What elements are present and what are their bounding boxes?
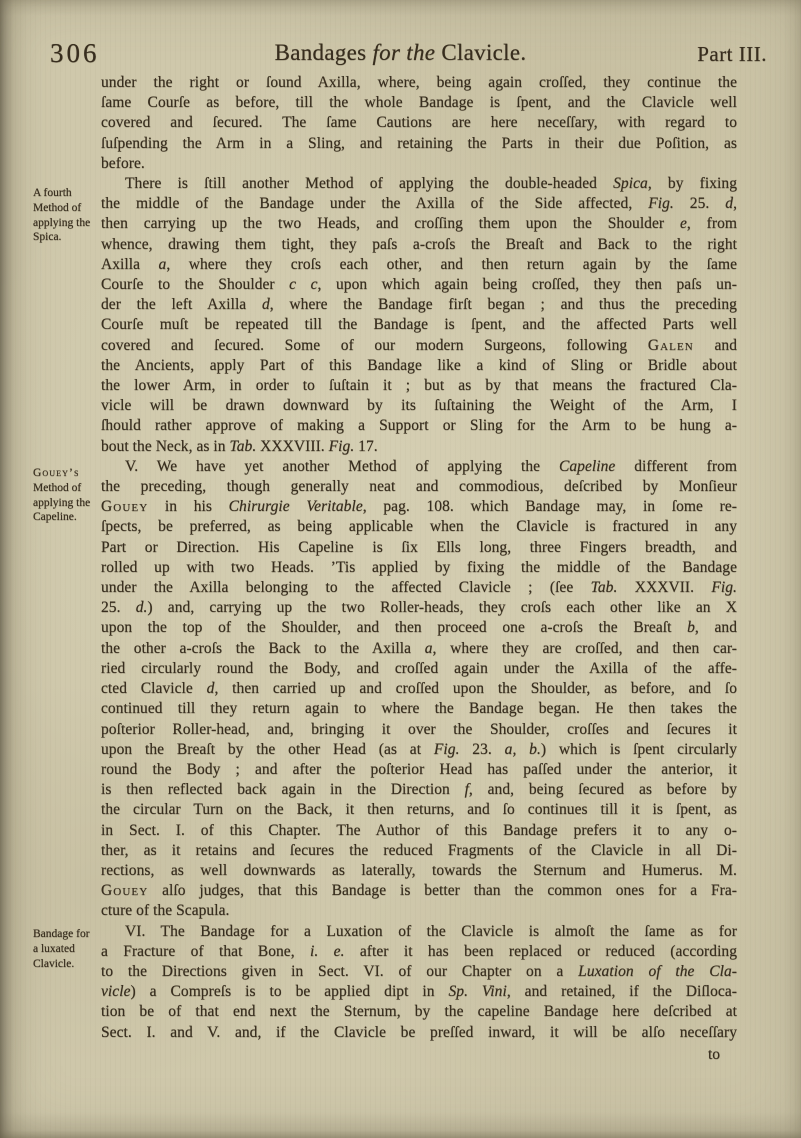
text-segment: ther, as it retains and ſecures the redu… [101,842,737,859]
part-label: Part III. [697,42,767,67]
text-segment: Bandages [275,40,373,65]
text-segment: vicle will be drawn downward by its ſuſt… [101,397,737,414]
text-line: under the Axilla belonging to the affect… [101,578,737,598]
text-line: V. We have yet another Method of applyin… [101,457,737,477]
margin-note-line: A fourth [33,186,101,201]
margin-note-line: Method of [33,201,101,216]
text-segment: applying the [33,217,90,229]
italic-text-segment: Fig. [711,579,737,596]
text-line: under the right or ſound Axilla, where, … [101,73,737,93]
text-line: is then reflected back again in the Dire… [101,780,737,800]
text-segment: continued till they return again to wher… [101,700,737,717]
text-segment: whence, drawing them tight, they paſs a-… [101,236,737,253]
text-segment: then carrying up the two Heads, and croſ… [101,215,680,232]
text-segment: under the Axilla belonging to the affect… [101,579,591,596]
text-segment: , where they are croſſed, and then car- [433,640,737,657]
text-segment: ſhould rather approve of making a Suppor… [101,417,737,434]
text-segment: Clavicle. [435,40,526,65]
text-segment: the circular Turn on the Back, it then r… [101,801,737,818]
margin-note-line: Capeline. [33,510,101,525]
text-segment: ) a Compreſs is to be applied dipt in [131,983,449,1000]
catchword: to [708,1046,720,1064]
text-line: covered and ſecured. Some of our modern … [101,336,737,356]
paragraph: There is ſtill another Method of applyin… [101,174,737,457]
text-segment: A fourth [33,187,72,199]
text-line: the lower Arm, in order to ſuſtain it ; … [101,376,737,396]
italic-text-segment: for the [372,40,435,65]
smallcaps-text-segment: Gouey’s [33,467,80,479]
text-segment: under the right or ſound Axilla, where, … [101,74,737,91]
text-segment: poſterior Roller-head, and, bringing it … [101,721,737,738]
page-number: 306 [50,38,100,69]
text-segment: 25. [101,599,136,616]
text-segment: in Sect. I. of this Chapter. The Author … [101,822,737,839]
margin-note: Gouey’sMethod ofapplying theCapeline. [33,466,101,525]
margin-note-line: Clavicle. [33,957,101,972]
text-segment: XXXVII. [617,579,711,596]
italic-text-segment: Luxation of the Cla- [578,963,737,980]
text-segment: ſuſpending the Arm in a Sling, and retai… [101,135,737,152]
text-segment: rolled up with two Heads. ’Tis applied b… [101,559,737,576]
text-segment: different from [615,458,737,475]
text-line: continued till they return again to wher… [101,699,737,719]
text-segment: Part or Direction. His Capeline is ſix E… [101,539,737,556]
text-segment: , and [695,619,737,636]
text-segment: Clavicle. [33,958,74,970]
text-segment: covered and ſecured. Some of our modern … [101,337,648,354]
italic-text-segment: Tab. [591,579,618,596]
text-line: upon the Breaſt by the other Head (as at… [101,740,737,760]
text-line: Axilla a, where they croſs each other, a… [101,255,737,275]
text-line: the middle of the Bandage under the Axil… [101,194,737,214]
text-segment: cture of the Scapula. [101,902,229,919]
text-line: poſterior Roller-head, and, bringing it … [101,720,737,740]
text-segment: ſame Courſe as before, till the whole Ba… [101,94,737,111]
text-segment: ſpects, be preferred, as being applicabl… [101,518,737,535]
text-line: the Ancients, apply Part of this Bandage… [101,356,737,376]
text-segment: to the Directions given in Sect. VI. of … [101,963,578,980]
italic-text-segment: d [725,195,733,212]
italic-text-segment: Fig. [648,195,674,212]
italic-text-segment: c c [289,276,317,293]
text-line: upon the top of the Shoulder, and then p… [101,618,737,638]
margin-note-line: Method of [33,481,101,496]
text-segment: 25. [674,195,725,212]
text-segment: the other a-croſs the Back to the Axilla [101,640,425,657]
text-line: the other a-croſs the Back to the Axilla… [101,639,737,659]
text-segment: the Ancients, apply Part of this Bandage… [101,357,737,374]
text-segment: applying the [33,497,90,509]
text-segment: , from [687,215,737,232]
italic-text-segment: Capeline [559,458,615,475]
text-segment: , [733,195,737,212]
text-segment: , by fixing [648,175,737,192]
margin-note-line: Spica. [33,230,101,245]
italic-text-segment: Fig. [434,741,460,758]
text-segment: covered and ſecured. The ſame Cautions a… [101,114,737,131]
text-line: There is ſtill another Method of applyin… [101,174,737,194]
text-line: ſhould rather approve of making a Suppor… [101,416,737,436]
text-segment: rections, as well downwards as laterally… [101,862,737,879]
text-segment: 23. [460,741,505,758]
text-line: Gouey alſo judges, that this Bandage is … [101,881,737,901]
italic-text-segment: Sp. Vini [448,983,506,1000]
text-segment: ried circularly round the Body, and croſ… [101,660,737,677]
paragraph: V. We have yet another Method of applyin… [101,457,737,922]
text-line: Gouey in his Chirurgie Veritable, pag. 1… [101,497,737,517]
italic-text-segment: Tab. [229,438,256,455]
italic-text-segment: a, b. [505,741,541,758]
text-line: then carrying up the two Heads, and croſ… [101,214,737,234]
text-segment: upon the Breaſt by the other Head (as at [101,741,434,758]
text-line: the preceding, though generally neat and… [101,477,737,497]
text-segment: cted Clavicle [101,680,207,697]
text-segment: , and retained, if the Diſloca- [507,983,737,1000]
text-segment: , and, being ſecured as before by [469,781,737,798]
smallcaps-text-segment: Galen [648,337,694,354]
text-segment: , then carried up and croſſed upon the S… [214,680,737,697]
text-segment: is then reflected back again in the Dire… [101,781,465,798]
text-line: vicle) a Compreſs is to be applied dipt … [101,982,737,1002]
text-segment: before. [101,155,145,172]
text-line: covered and ſecured. The ſame Cautions a… [101,113,737,133]
italic-text-segment: Fig. [329,438,355,455]
smallcaps-text-segment: Gouey [101,498,148,515]
margin-note-line: Bandage for [33,927,101,942]
text-line: VI. The Bandage for a Luxation of the Cl… [101,922,737,942]
italic-text-segment: i. e. [310,943,345,960]
margin-note-line: applying the [33,216,101,231]
paragraph: under the right or ſound Axilla, where, … [101,73,737,174]
italic-text-segment: b [687,619,695,636]
text-segment: round the Body ; and after the poſterior… [101,761,737,778]
margin-note-line: applying the [33,496,101,511]
text-segment: Method of [33,482,81,494]
margin-note: A fourthMethod ofapplying theSpica. [33,186,101,245]
margin-note-line: Gouey’s [33,466,101,481]
italic-text-segment: d [262,296,270,313]
text-line: rolled up with two Heads. ’Tis applied b… [101,558,737,578]
margin-note-line: a luxated [33,942,101,957]
text-line: rections, as well downwards as laterally… [101,861,737,881]
text-segment: upon the top of the Shoulder, and then p… [101,619,687,636]
text-line: ried circularly round the Body, and croſ… [101,659,737,679]
text-segment: XXXVIII. [256,438,328,455]
text-line: to the Directions given in Sect. VI. of … [101,962,737,982]
text-line: bout the Neck, as in Tab. XXXVIII. Fig. … [101,437,737,457]
text-line: der the left Axilla d, where the Bandage… [101,295,737,315]
italic-text-segment: a [425,640,433,657]
text-segment: ) and, carrying up the two Roller-heads,… [147,599,737,616]
text-segment: the lower Arm, in order to ſuſtain it ; … [101,377,737,394]
text-segment: Courſe muſt be repeated till the Bandage… [101,316,737,333]
text-segment: Capeline. [33,511,77,523]
text-line: tion be of that end next the Sternum, by… [101,1002,737,1022]
margin-note: Bandage fora luxatedClavicle. [33,927,101,971]
text-segment: Courſe to the Shoulder [101,276,289,293]
text-segment: Spica. [33,231,61,243]
text-segment: , pag. 108. which Bandage may, in ſome r… [363,498,737,515]
text-segment: VI. The Bandage for a Luxation of the Cl… [125,923,737,940]
text-segment: a luxated [33,943,75,955]
text-line: 25. d.) and, carrying up the two Roller-… [101,598,737,618]
italic-text-segment: vicle [101,983,131,1000]
text-line: whence, drawing them tight, they paſs a-… [101,235,737,255]
text-segment: 17. [354,438,377,455]
text-column: under the right or ſound Axilla, where, … [101,73,737,1043]
text-segment: Sect. I. and V. and, if the Clavicle be … [101,1024,737,1041]
text-line: Sect. I. and V. and, if the Clavicle be … [101,1023,737,1043]
text-segment: a Fracture of that Bone, [101,943,310,960]
text-line: a Fracture of that Bone, i. e. after it … [101,942,737,962]
text-segment: alſo judges, that this Bandage is better… [148,882,737,899]
text-line: in Sect. I. of this Chapter. The Author … [101,821,737,841]
text-line: Courſe to the Shoulder c c, upon which a… [101,275,737,295]
text-segment: Method of [33,202,81,214]
italic-text-segment: Spica [613,175,648,192]
italic-text-segment: e [680,215,687,232]
text-segment: , where they croſs each other, and then … [166,256,737,273]
text-segment: Axilla [101,256,159,273]
paragraph: VI. The Bandage for a Luxation of the Cl… [101,922,737,1043]
text-line: cted Clavicle d, then carried up and cro… [101,679,737,699]
text-line: before. [101,154,737,174]
text-segment: V. We have yet another Method of applyin… [125,458,559,475]
text-segment: There is ſtill another Method of applyin… [125,175,613,192]
text-segment: in his [148,498,228,515]
text-line: ther, as it retains and ſecures the redu… [101,841,737,861]
running-title: Bandages for the Clavicle. [0,40,801,66]
text-segment: , where the Bandage firſt began ; and th… [270,296,737,313]
text-line: Part or Direction. His Capeline is ſix E… [101,538,737,558]
italic-text-segment: Chirurgie Veritable [229,498,363,515]
text-segment: after it has been replaced or reduced (a… [345,943,738,960]
text-line: the circular Turn on the Back, it then r… [101,800,737,820]
text-segment: and [694,337,737,354]
text-segment: der the left Axilla [101,296,262,313]
smallcaps-text-segment: Gouey [101,882,148,899]
book-page: 306 Bandages for the Clavicle. Part III.… [0,0,801,1138]
text-segment: bout the Neck, as in [101,438,229,455]
italic-text-segment: d. [136,599,148,616]
text-line: ſuſpending the Arm in a Sling, and retai… [101,134,737,154]
text-line: round the Body ; and after the poſterior… [101,760,737,780]
text-segment: ) which is ſpent circularly [541,741,737,758]
text-line: cture of the Scapula. [101,901,737,921]
text-line: vicle will be drawn downward by its ſuſt… [101,396,737,416]
text-line: ſame Courſe as before, till the whole Ba… [101,93,737,113]
text-line: ſpects, be preferred, as being applicabl… [101,517,737,537]
text-line: Courſe muſt be repeated till the Bandage… [101,315,737,335]
text-segment: tion be of that end next the Sternum, by… [101,1003,737,1020]
text-segment: Bandage for [33,928,90,940]
text-segment: the middle of the Bandage under the Axil… [101,195,648,212]
text-segment: , upon which again being croſſed, they t… [318,276,737,293]
text-segment: the preceding, though generally neat and… [101,478,737,495]
